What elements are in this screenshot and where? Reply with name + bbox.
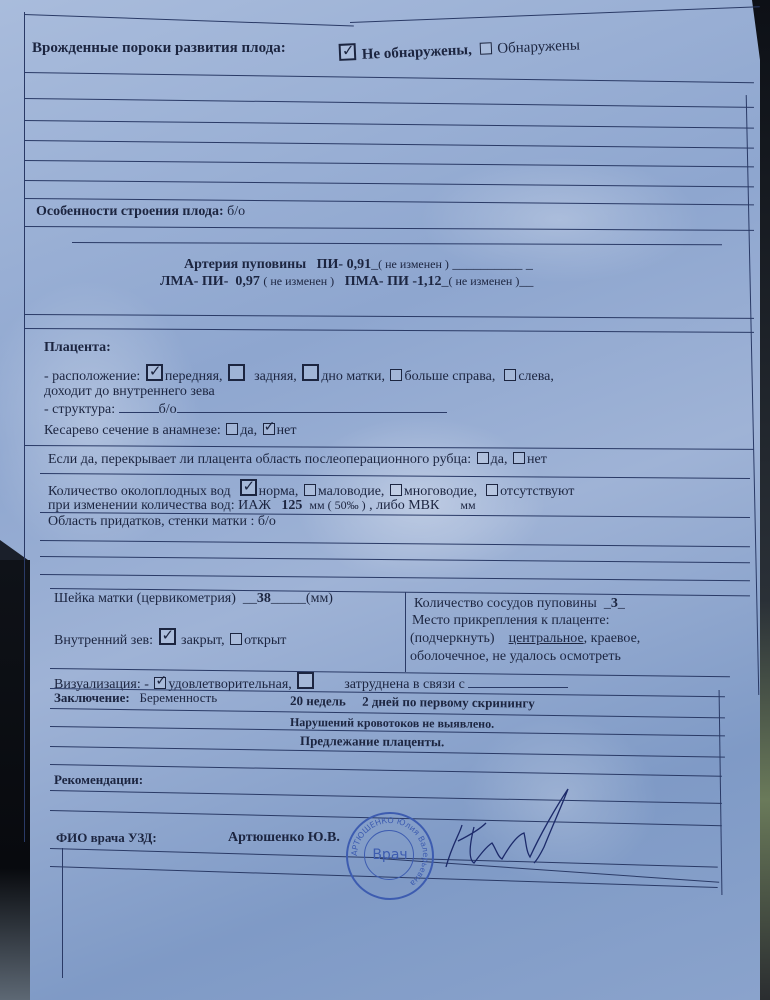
option-right-label: больше справа, [404, 369, 495, 384]
umbilical-status: ( не изменен ) [378, 257, 449, 271]
checkbox-absent[interactable] [486, 484, 498, 496]
placenta-location-row: - расположение: передняя, задняя, дно ма… [44, 364, 554, 385]
reaches-os-text: доходит до внутреннего зева [44, 384, 215, 400]
signature-icon [440, 785, 580, 875]
amniotic-index-row: при изменении количества вод: ИАЖ 125 мм… [48, 497, 476, 514]
cesarean-row: Кесарево сечение в анамнезе: да, нет [44, 423, 296, 439]
checkbox-os-open[interactable] [230, 633, 242, 645]
placenta-structure-value: б/о [159, 402, 177, 417]
cord-attach-rest: , краевое, [584, 631, 641, 646]
frame-left-border-lower [62, 848, 63, 978]
checkbox-cesarean-yes[interactable] [226, 423, 238, 435]
umbilical-artery-row: Артерия пуповины ПИ- 0,91_( не изменен )… [184, 256, 533, 273]
structure-label: Особенности строения плода: [36, 204, 224, 219]
cesarean-yes-label: да, [240, 423, 257, 438]
placenta-structure-row: - структура: б/о [44, 402, 447, 418]
option-fundus-label: дно матки, [321, 369, 385, 384]
background-left [0, 560, 30, 1000]
structure-row: Особенности строения плода: б/о [36, 204, 245, 220]
option-posterior-label: задняя, [254, 369, 297, 384]
cesarean-label: Кесарево сечение в анамнезе: [44, 423, 221, 438]
cervix-value: 38 [257, 591, 271, 606]
pma-status: ( не изменен ) [449, 274, 520, 288]
cord-attach-label: Место прикрепления к плаценте: [412, 613, 610, 629]
scar-label: Если да, перекрывает ли плацента область… [48, 452, 471, 467]
conclusion-label: Заключение: [54, 690, 130, 705]
placenta-location-label: - расположение: [44, 369, 140, 384]
checkbox-posterior[interactable] [228, 364, 245, 381]
checkbox-anterior[interactable] [146, 364, 163, 381]
checkbox-polyhydramnios[interactable] [390, 484, 402, 496]
adnexa-value: б/о [258, 514, 276, 529]
cervix-row: Шейка матки (цервикометрия) __38_____(мм… [54, 591, 333, 607]
adnexa-label: Область придатков, стенки матки : [48, 514, 254, 529]
stamp-center-text: Врач [348, 847, 432, 863]
checkbox-scar-no[interactable] [513, 452, 525, 464]
checkbox-cesarean-no[interactable] [263, 423, 275, 435]
cesarean-no-label: нет [277, 423, 297, 438]
doctor-stamp: АРТЮШЕНКО Юлия Валерьевна Врач [346, 812, 434, 900]
internal-os-label: Внутренний зев: [54, 633, 153, 648]
cerebral-artery-row: ЛМА- ПИ- 0,97 ( не изменен ) ПМА- ПИ -1,… [160, 273, 533, 290]
structure-value: б/о [227, 204, 245, 219]
lma-pi-value: 0,97 [235, 274, 260, 289]
scar-row: Если да, перекрывает ли плацента область… [48, 452, 547, 468]
scar-yes-label: да, [491, 452, 508, 467]
mvk-label: , либо МВК [369, 498, 439, 513]
checkbox-fundus[interactable] [302, 364, 319, 381]
gestational-days: 2 дней по первому скринингу [362, 694, 535, 711]
doctor-name: Артюшенко Ю.В. [228, 830, 340, 846]
checkbox-found[interactable] [479, 42, 492, 55]
placenta-structure-label: - структура: [44, 402, 115, 417]
mvk-unit: мм [460, 498, 475, 512]
os-open-label: открыт [244, 633, 286, 648]
absent-label: отсутствуют [500, 484, 574, 499]
checkbox-not-found[interactable] [339, 43, 357, 61]
adnexa-row: Область придатков, стенки матки : б/о [48, 514, 276, 530]
placenta-title: Плацента: [44, 340, 111, 356]
amniotic-change-label: при изменении количества вод: ИАЖ [48, 498, 271, 513]
checkbox-os-closed[interactable] [159, 628, 176, 645]
internal-os-row: Внутренний зев: закрыт, открыт [54, 628, 286, 649]
gestational-age: 20 недель 2 дней по первому скринингу [290, 693, 535, 712]
doctor-label: ФИО врача УЗД: [56, 830, 157, 846]
conclusion-row: Заключение: Беременность [54, 690, 217, 706]
os-closed-label: закрыт, [181, 633, 225, 648]
underline-hint: (подчеркнуть) [410, 631, 495, 646]
congenital-label: Врожденные пороки развития плода: [32, 40, 286, 56]
pma-label: ПМА- ПИ [345, 274, 409, 289]
pregnancy-label: Беременность [140, 690, 218, 705]
checkbox-amniotic-normal[interactable] [240, 479, 257, 496]
checkbox-visualization-difficult[interactable] [297, 672, 314, 689]
option-anterior-label: передняя, [165, 369, 223, 384]
umbilical-pi-label: ПИ- [317, 257, 343, 272]
pma-pi-value: -1,12 [412, 274, 441, 289]
cord-attach-row: (подчеркнуть) центральное, краевое, [410, 631, 640, 647]
lma-status: ( не изменен ) [263, 274, 334, 288]
umbilical-pi-value: 0,91 [347, 257, 372, 272]
cord-attach-selected: центральное [509, 631, 584, 646]
cervix-label: Шейка матки (цервикометрия) [54, 591, 236, 606]
column-divider [405, 592, 406, 672]
checkbox-scar-yes[interactable] [477, 452, 489, 464]
recommendations-label: Рекомендации: [54, 772, 143, 788]
cervix-unit: (мм) [306, 591, 333, 606]
umbilical-artery-label: Артерия пуповины [184, 257, 306, 272]
iaf-value: 125 [281, 498, 302, 513]
frame-left-border [24, 12, 25, 842]
cord-attach-rest-2: оболочечное, не удалось осмотреть [410, 649, 621, 665]
cord-vessels-value: 3 [611, 596, 618, 611]
checkbox-left[interactable] [504, 369, 516, 381]
scar-no-label: нет [527, 452, 547, 467]
gestational-weeks: 20 недель [290, 693, 346, 709]
lma-label: ЛМА- ПИ- [160, 274, 228, 289]
checkbox-oligohydramnios[interactable] [304, 484, 316, 496]
visualization-difficult-label: затруднена в связи с [344, 677, 465, 692]
cord-vessels-row: Количество сосудов пуповины _3_ [414, 596, 625, 612]
blank-underscore: __________ _ [452, 257, 533, 272]
iaf-unit: мм ( 50‰ ) [309, 498, 365, 512]
checkbox-visualization-good[interactable] [154, 677, 166, 689]
checkbox-right[interactable] [390, 369, 402, 381]
conclusion-line-3: Предлежание плаценты. [300, 733, 444, 750]
option-left-label: слева, [518, 369, 554, 384]
cord-vessels-label: Количество сосудов пуповины [414, 596, 597, 611]
